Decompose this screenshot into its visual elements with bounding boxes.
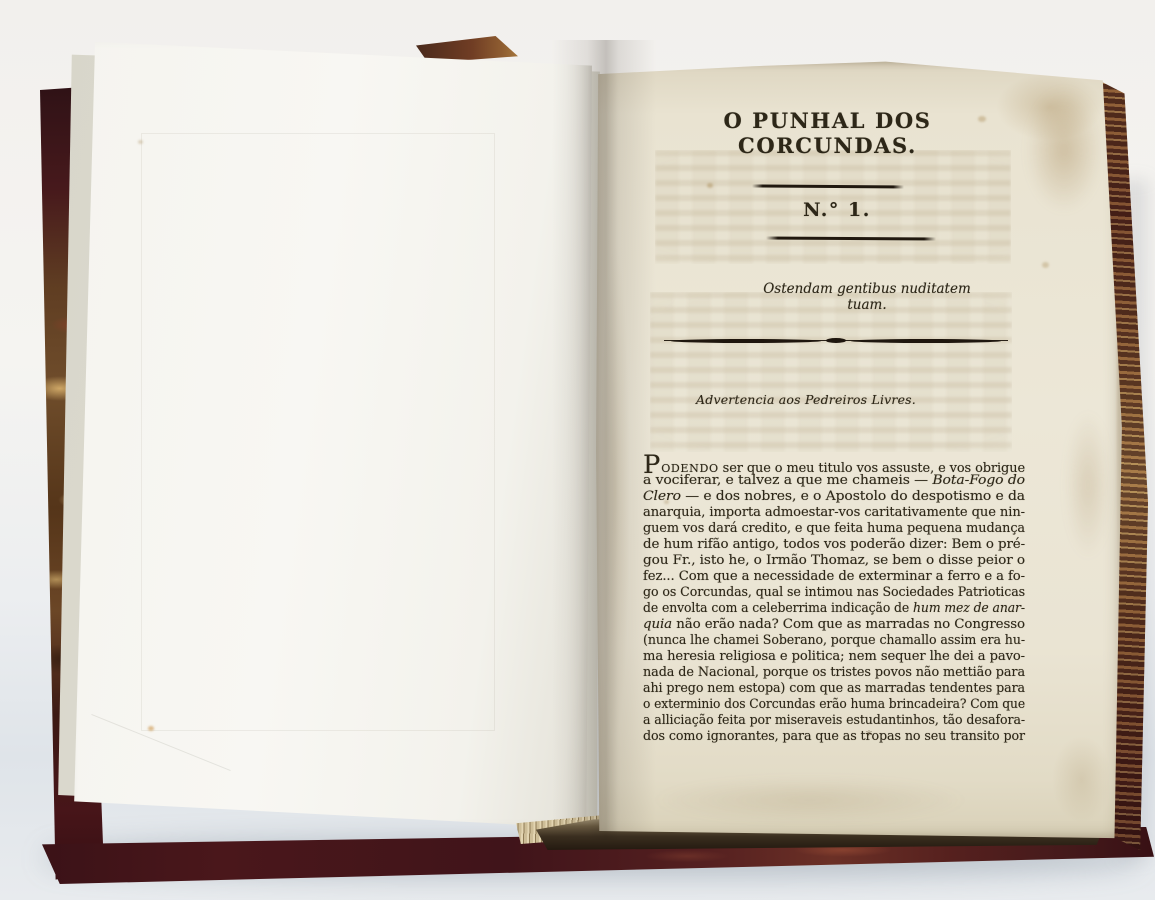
body-line: (nunca lhe chamei Soberano, porque chama… [643, 632, 1025, 648]
body-segment: nada de Nacional, porque os tristes povo… [643, 664, 1025, 679]
body-line-text: Clero — e dos nobres, e o Apostolo do de… [643, 488, 1025, 504]
paper-stain [600, 770, 1020, 830]
body-line-text: dos como ignorantes, para que as tropas … [643, 728, 1025, 744]
photograph-of-open-book: O PUNHAL DOS CORCUNDAS. N.° 1. Ostendam … [0, 0, 1155, 900]
body-line: go os Corcundas, qual se intimou nas Soc… [643, 584, 1025, 600]
body-segment: hum mez de anar- [913, 600, 1025, 615]
swelled-rule-center-diamond [826, 338, 847, 343]
body-segment: fez... Com que a necessidade de extermin… [643, 568, 1025, 583]
body-line: o exterminio dos Corcundas erão huma bri… [643, 696, 1025, 712]
body-line: gou Fr., isto he, o Irmão Thomaz, se bem… [643, 552, 1025, 568]
paper-stain [1056, 380, 1120, 590]
body-segment: de envolta com a celeberrima indicação d… [643, 600, 913, 615]
body-segment: de hum rifão antigo, todos vos poderão d… [643, 536, 1025, 551]
flyleaf-impression-rectangle [141, 133, 495, 731]
body-segment: gou Fr., isto he, o Irmão Thomaz, se bem… [643, 552, 1025, 567]
body-segment: Bota-Fogo do [932, 472, 1025, 487]
body-line-text: a vociferar, e talvez a que me chameis —… [643, 472, 1025, 488]
gutter-shadow [552, 40, 656, 840]
body-line-text: de hum rifão antigo, todos vos poderão d… [643, 536, 1025, 552]
body-segment: anarquia, importa admoestar-vos caritati… [643, 504, 1025, 519]
body-segment: — e dos nobres, e o Apostolo do despotis… [681, 488, 1025, 503]
body-segment: dos como ignorantes, para que as tropas … [643, 728, 1025, 743]
body-line-text: (nunca lhe chamei Soberano, porque chama… [643, 632, 1025, 648]
body-line: ahi prego nem estopa) com que as marrada… [643, 680, 1025, 696]
foxing-spot [148, 726, 154, 731]
body-line-text: a alliciação feita por miseraveis estuda… [643, 712, 1025, 728]
body-line-text: nada de Nacional, porque os tristes povo… [643, 664, 1025, 680]
body-line: Podendo ser que o meu titulo vos assuste… [643, 456, 1025, 472]
body-line-text: ma heresia religiosa e politica; nem seq… [643, 648, 1025, 664]
body-line: nada de Nacional, porque os tristes povo… [643, 664, 1025, 680]
body-line-text: fez... Com que a necessidade de extermin… [643, 568, 1025, 584]
swelled-rule-ornament [664, 337, 1008, 345]
body-line-text: go os Corcundas, qual se intimou nas Soc… [643, 584, 1025, 600]
body-line: Clero — e dos nobres, e o Apostolo do de… [643, 488, 1025, 504]
page-title: O PUNHAL DOS CORCUNDAS. [640, 108, 1015, 158]
body-line-text: o exterminio dos Corcundas erão huma bri… [643, 696, 1025, 712]
body-line: ma heresia religiosa e politica; nem seq… [643, 648, 1025, 664]
body-segment: (nunca lhe chamei Soberano, porque chama… [643, 632, 1025, 647]
body-segment: ma heresia religiosa e politica; nem seq… [643, 648, 1025, 663]
body-line: fez... Com que a necessidade de extermin… [643, 568, 1025, 584]
body-line: quia não erão nada? Com que as marradas … [643, 616, 1025, 632]
issue-number: N.° 1. [762, 199, 912, 221]
foxing-spot [1042, 262, 1049, 268]
body-line: guem vos dará credito, e que feita huma … [643, 520, 1025, 536]
body-line-text: anarquia, importa admoestar-vos caritati… [643, 504, 1025, 520]
latin-epigraph: Ostendam gentibus nuditatem tuam. [752, 281, 982, 313]
foxing-spot [138, 140, 143, 144]
body-line: de envolta com a celeberrima indicação d… [643, 600, 1025, 616]
body-line: a vociferar, e talvez a que me chameis —… [643, 472, 1025, 488]
body-line-text: gou Fr., isto he, o Irmão Thomaz, se bem… [643, 552, 1025, 568]
section-heading: Advertencia aos Pedreiros Livres. [640, 392, 972, 407]
body-segment: guem vos dará credito, e que feita huma … [643, 520, 1025, 535]
body-line-text: guem vos dará credito, e que feita huma … [643, 520, 1025, 536]
printer-mark: * [866, 728, 872, 742]
body-line: anarquia, importa admoestar-vos caritati… [643, 504, 1025, 520]
body-line-text: quia não erão nada? Com que as marradas … [643, 616, 1025, 632]
body-segment: a alliciação feita por miseraveis estuda… [643, 712, 1025, 727]
body-line: dos como ignorantes, para que as tropas … [643, 728, 1025, 744]
body-line-text: de envolta com a celeberrima indicação d… [643, 600, 1025, 616]
swelled-rule-lens-right [851, 339, 1001, 343]
body-line: a alliciação feita por miseraveis estuda… [643, 712, 1025, 728]
body-segment: não erão nada? Com que as marradas no Co… [672, 616, 1025, 631]
body-segment: ahi prego nem estopa) com que as marrada… [643, 680, 1025, 695]
body-segment: a vociferar, e talvez a que me chameis — [643, 472, 932, 487]
body-line: de hum rifão antigo, todos vos poderão d… [643, 536, 1025, 552]
show-through-text [650, 292, 1012, 452]
body-segment: go os Corcundas, qual se intimou nas Soc… [643, 584, 1025, 599]
swelled-rule-lens-left [671, 339, 821, 343]
paper-stain [1012, 64, 1116, 236]
body-segment: o exterminio dos Corcundas erão huma bri… [643, 696, 1025, 711]
body-line-text: ahi prego nem estopa) com que as marrada… [643, 680, 1025, 696]
body-text: Podendo ser que o meu titulo vos assuste… [643, 456, 1025, 744]
